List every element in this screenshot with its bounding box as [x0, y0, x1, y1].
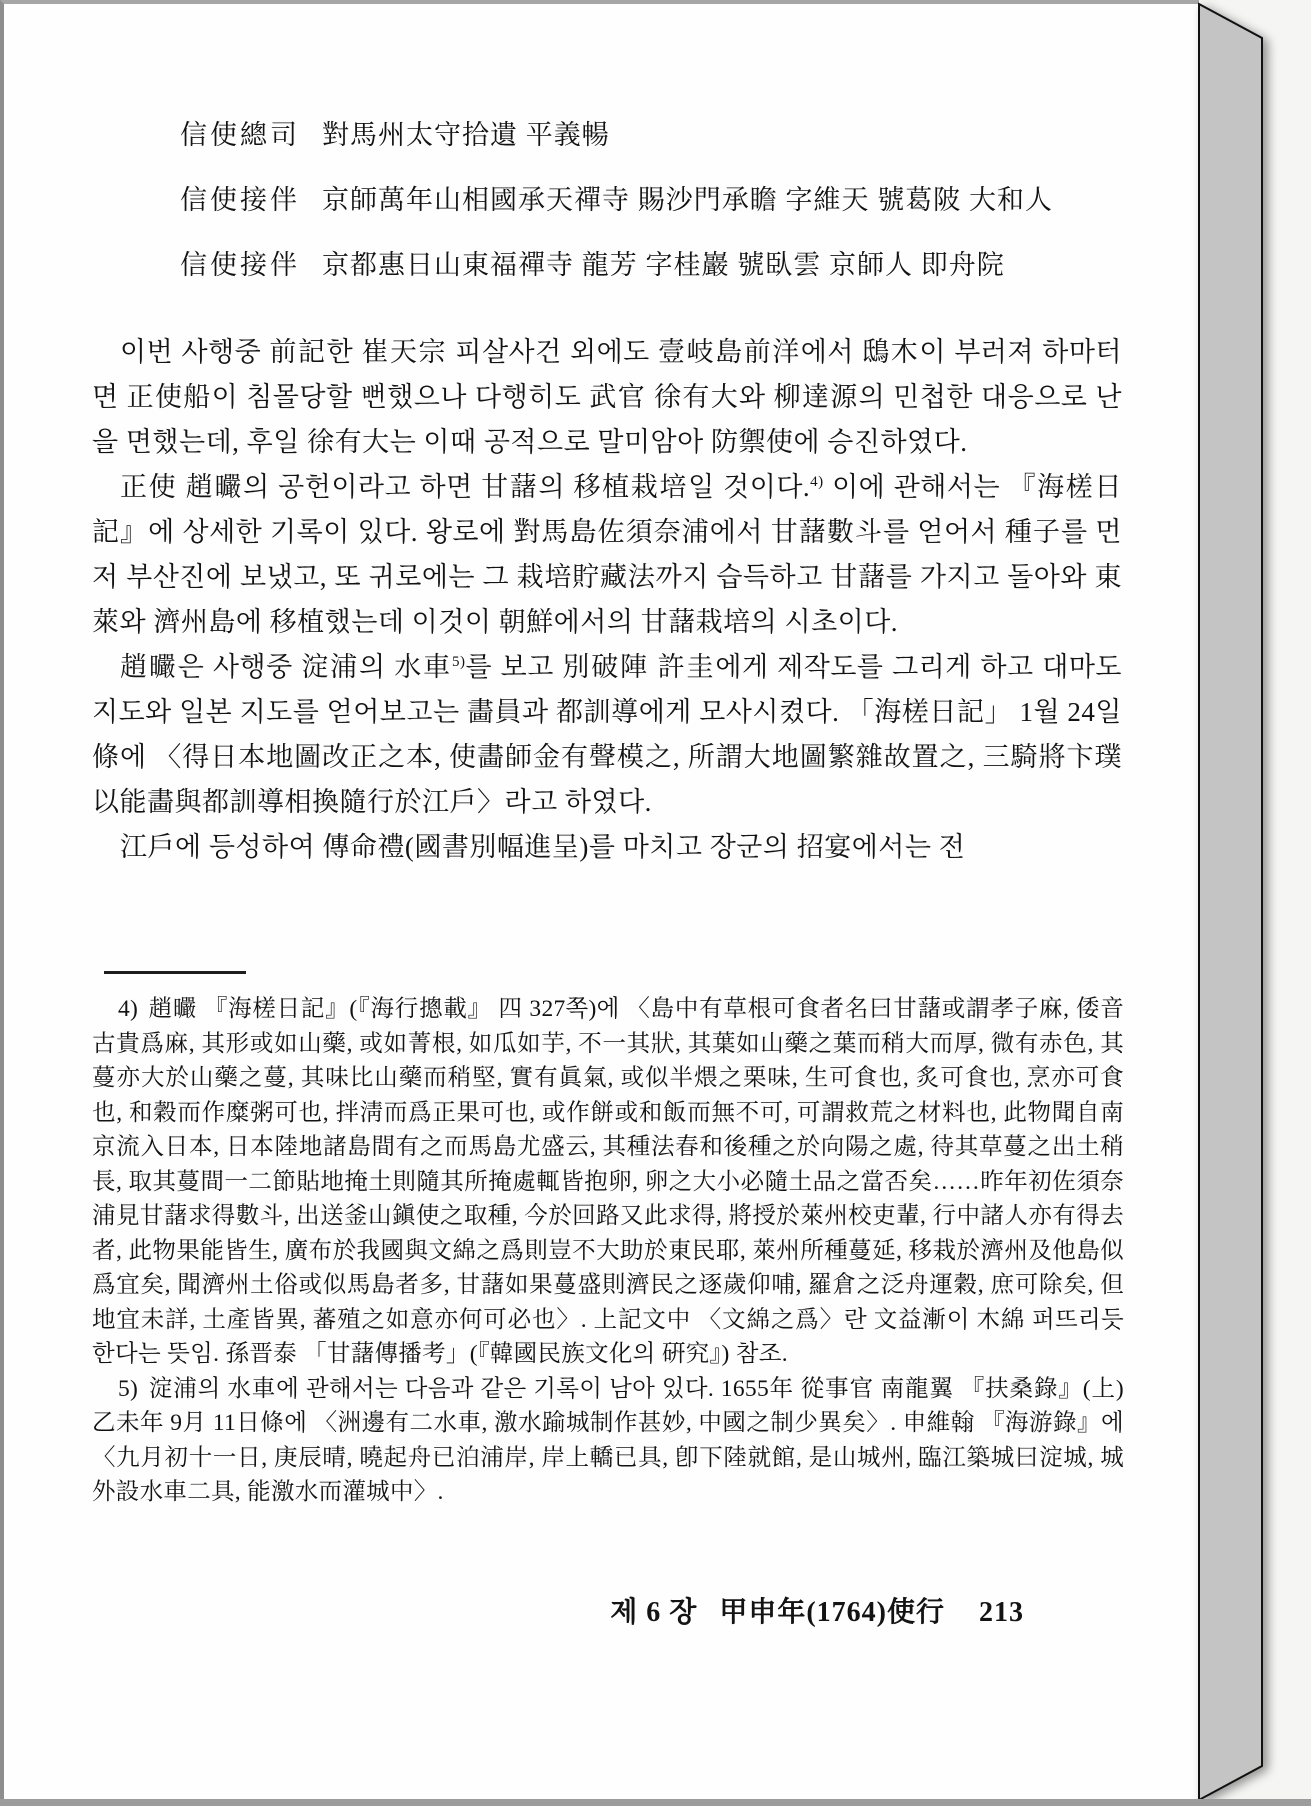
- envoy-roster: 信使總司 對馬州太守拾遺 平義暢 信使接伴 京師萬年山相國承天禪寺 賜沙門承瞻 …: [180, 112, 1130, 307]
- footnote-separator-rule: [104, 971, 246, 974]
- paragraph: 正使 趙曮의 공헌이라고 하면 甘藷의 移植栽培일 것이다.4) 이에 관해서는…: [92, 465, 1122, 645]
- footnote-text: 趙曮 『海槎日記』(『海行摠載』 四 327쪽)에 〈島中有草根可食者名曰甘藷或…: [92, 996, 1124, 1367]
- paragraph-text: 正使 趙曮의 공헌이라고 하면 甘藷의 移植栽培일 것이다.: [120, 472, 810, 502]
- book-scan: 信使總司 對馬州太守拾遺 平義暢 信使接伴 京師萬年山相國承天禪寺 賜沙門承瞻 …: [0, 0, 1311, 1806]
- footnote: 4)趙曮 『海槎日記』(『海行摠載』 四 327쪽)에 〈島中有草根可食者名曰甘…: [92, 992, 1124, 1372]
- running-footer: 제 6 장甲申年(1764)使行213: [544, 1590, 1024, 1630]
- paragraph-text: 이번 사행중 前記한 崔天宗 피살사건 외에도 壹岐島前洋에서 鴟木이 부러져 …: [92, 337, 1122, 457]
- roster-value: 京師萬年山相國承天禪寺 賜沙門承瞻 字維天 號葛陂 大和人: [322, 177, 1122, 223]
- chapter-label: 제 6 장: [610, 1597, 697, 1628]
- page-stack-edge-face: [1199, 4, 1262, 1800]
- book-page: 信使總司 對馬州太守拾遺 平義暢 信使接伴 京師萬年山相國承天禪寺 賜沙門承瞻 …: [0, 0, 1199, 1801]
- roster-label: 信使接伴: [180, 177, 322, 223]
- footnote-text: 淀浦의 水車에 관해서는 다음과 같은 기록이 남아 있다. 1655年 從事官…: [92, 1376, 1124, 1506]
- paragraph: 이번 사행중 前記한 崔天宗 피살사건 외에도 壹岐島前洋에서 鴟木이 부러져 …: [92, 330, 1122, 465]
- roster-row: 信使接伴 京師萬年山相國承天禪寺 賜沙門承瞻 字維天 號葛陂 大和人: [180, 177, 1130, 223]
- main-text: 이번 사행중 前記한 崔天宗 피살사건 외에도 壹岐島前洋에서 鴟木이 부러져 …: [92, 330, 1122, 870]
- page-number: 213: [979, 1597, 1024, 1628]
- roster-label: 信使接伴: [180, 242, 322, 288]
- footnote-reference: 5): [452, 654, 466, 670]
- paragraph-text: 趙曮은 사행중 淀浦의 水車: [120, 652, 452, 682]
- footnote-number: 4): [118, 996, 138, 1022]
- roster-row: 信使總司 對馬州太守拾遺 平義暢: [180, 112, 1130, 158]
- chapter-title: 甲申年(1764)使行: [719, 1597, 945, 1628]
- roster-value: 對馬州太守拾遺 平義暢: [322, 112, 1122, 158]
- paragraph: 趙曮은 사행중 淀浦의 水車5)를 보고 別破陣 許圭에게 제작도를 그리게 하…: [92, 645, 1122, 825]
- scan-bottom-border: [0, 1799, 1311, 1806]
- roster-label: 信使總司: [180, 112, 322, 158]
- roster-row: 信使接伴 京都惠日山東福禪寺 龍芳 字桂巖 號臥雲 京師人 即舟院: [180, 242, 1130, 288]
- roster-value: 京都惠日山東福禪寺 龍芳 字桂巖 號臥雲 京師人 即舟院: [322, 242, 1122, 288]
- footnote-number: 5): [118, 1376, 138, 1402]
- paragraph-text: 江戶에 등성하여 傳命禮(國書別幅進呈)를 마치고 장군의 招宴에서는 전: [120, 832, 965, 862]
- footnote-reference: 4): [810, 474, 824, 490]
- footnote: 5)淀浦의 水車에 관해서는 다음과 같은 기록이 남아 있다. 1655年 從…: [92, 1372, 1124, 1510]
- paragraph: 江戶에 등성하여 傳命禮(國書別幅進呈)를 마치고 장군의 招宴에서는 전: [92, 825, 1122, 870]
- footnotes: 4)趙曮 『海槎日記』(『海行摠載』 四 327쪽)에 〈島中有草根可食者名曰甘…: [92, 992, 1124, 1510]
